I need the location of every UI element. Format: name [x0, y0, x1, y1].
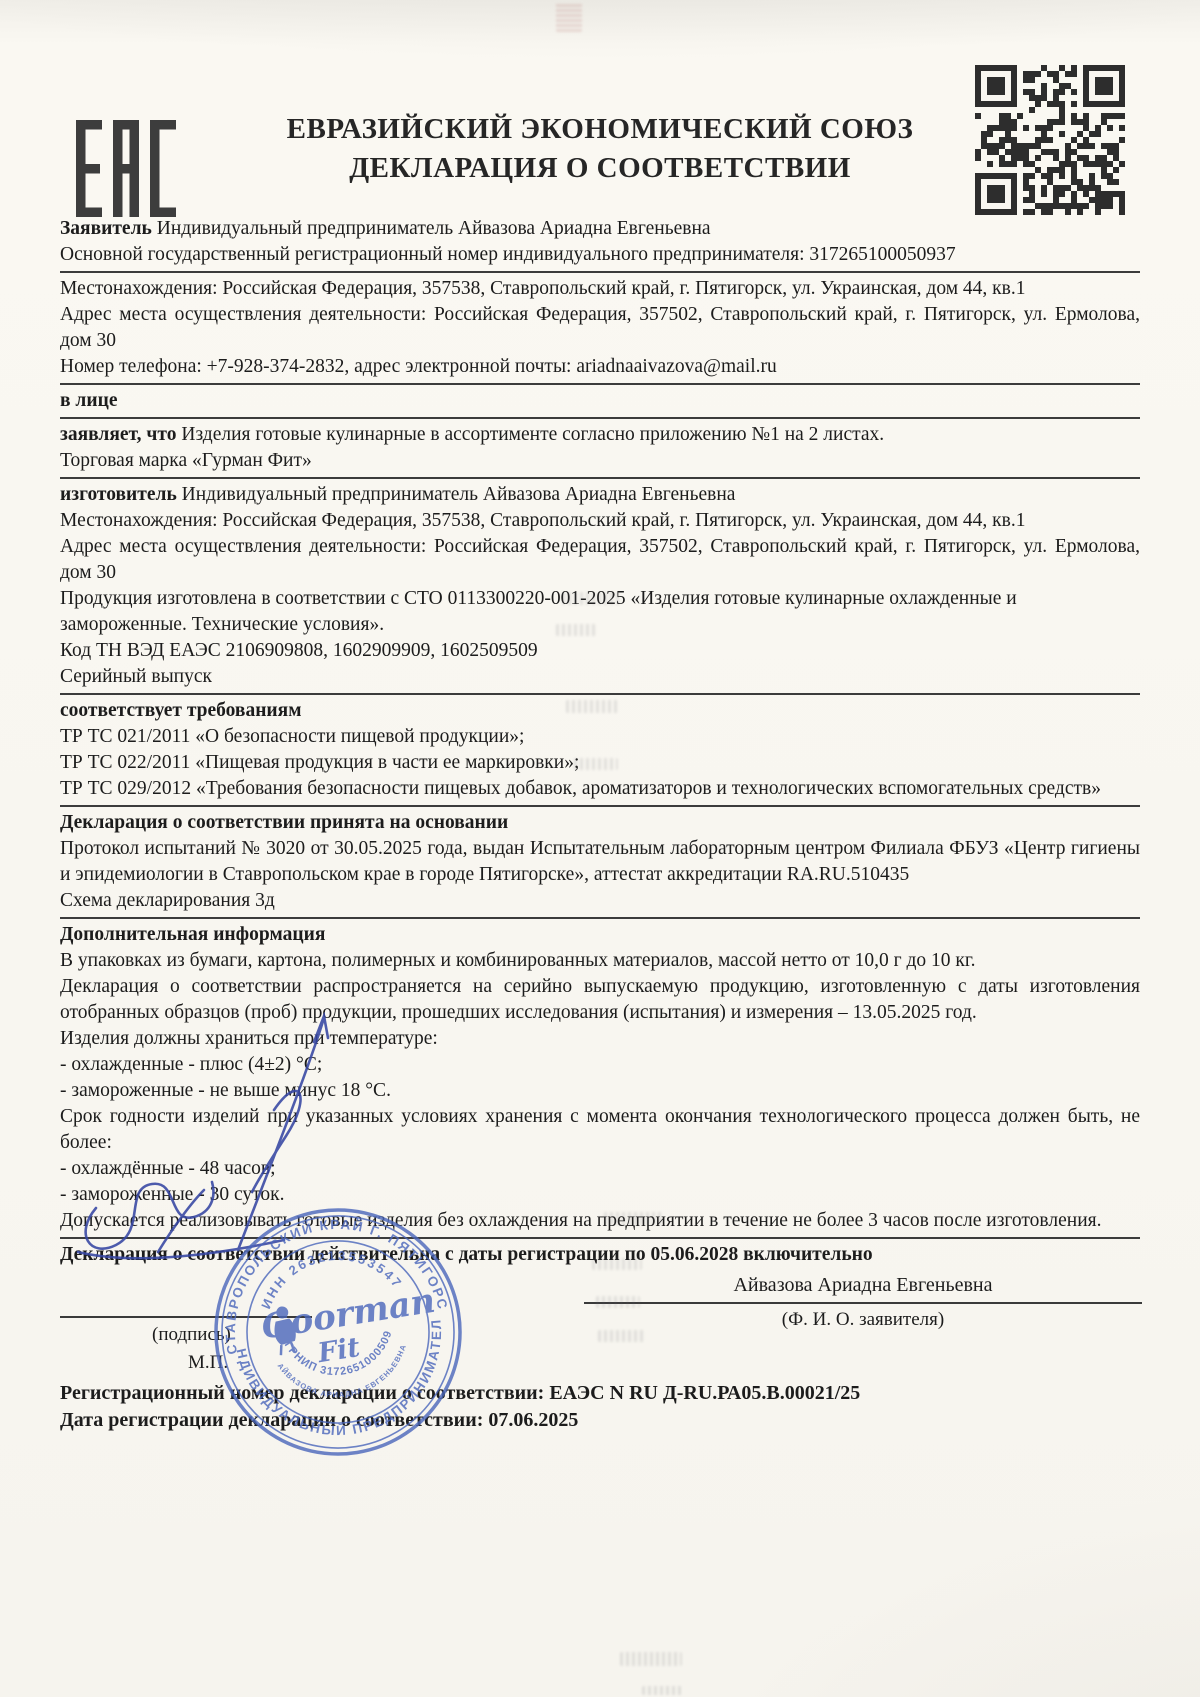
body-paragraph-1: Основной государственный регистрационный… — [60, 242, 1140, 273]
body-paragraph-13: Серийный выпуск — [60, 664, 1140, 695]
body-paragraph-24: Изделия должны храниться при температуре… — [60, 1026, 1140, 1052]
body-paragraph-15: ТР ТС 021/2011 «О безопасности пищевой п… — [60, 724, 1140, 750]
scan-artifact — [566, 700, 618, 713]
body-paragraph-22: В упаковках из бумаги, картона, полимерн… — [60, 948, 1140, 974]
signature-row: (подпись) М.П. Айвазова Ариадна Евгеньев… — [60, 1268, 1140, 1380]
body-paragraph-12: Код ТН ВЭД ЕАЭС 2106909808, 1602909909, … — [60, 638, 1140, 664]
body-paragraph-25: - охлажденные - плюс (4±2) °С; — [60, 1052, 1140, 1078]
body-paragraph-23: Декларация о соответствии распространяет… — [60, 974, 1140, 1026]
body-paragraph-7: Торговая марка «Гурман Фит» — [60, 448, 1140, 479]
body-paragraph-4: Номер телефона: +7-928-374-2832, адрес э… — [60, 354, 1140, 385]
registration-date-line: Дата регистрации декларации о соответств… — [60, 1407, 1140, 1434]
scan-artifact — [604, 1212, 662, 1225]
body-paragraph-29: - замороженные - 30 суток. — [60, 1182, 1140, 1208]
scan-artifact — [598, 1330, 646, 1342]
body-paragraph-27: Срок годности изделий при указанных усло… — [60, 1104, 1140, 1156]
scan-artifact — [642, 1686, 682, 1695]
scan-artifact — [592, 1258, 642, 1270]
registration-number-line: Регистрационный номер декларации о соотв… — [60, 1380, 1140, 1407]
title-line-1: ЕВРАЗИЙСКИЙ ЭКОНОМИЧЕСКИЙ СОЮЗ — [150, 110, 1050, 149]
body-paragraph-0: Заявитель Индивидуальный предприниматель… — [60, 216, 1140, 242]
body-paragraph-20: Схема декларирования 3д — [60, 888, 1140, 919]
scan-artifact — [562, 592, 620, 605]
signature-line — [60, 1316, 312, 1318]
body-paragraph-19: Протокол испытаний № 3020 от 30.05.2025 … — [60, 836, 1140, 888]
applicant-name-block: Айвазова Ариадна Евгеньевна (Ф. И. О. за… — [584, 1272, 1142, 1333]
body-paragraph-26: - замороженные - не выше минус 18 °С. — [60, 1078, 1140, 1104]
signature-caption: (подпись) — [152, 1322, 231, 1348]
body-paragraph-28: - охлаждённые - 48 часов; — [60, 1156, 1140, 1182]
scan-artifact — [574, 758, 618, 770]
body-paragraph-3: Адрес места осуществления деятельности: … — [60, 302, 1140, 354]
body-paragraph-21: Дополнительная информация — [60, 922, 1140, 948]
body-paragraph-8: изготовитель Индивидуальный предпринимат… — [60, 482, 1140, 508]
scan-artifact — [556, 2, 582, 32]
scan-artifact — [556, 624, 596, 636]
body-paragraph-10: Адрес места осуществления деятельности: … — [60, 534, 1140, 586]
body-paragraph-2: Местонахождения: Российская Федерация, 3… — [60, 276, 1140, 302]
scanned-declaration-page: ЕВРАЗИЙСКИЙ ЭКОНОМИЧЕСКИЙ СОЮЗ ДЕКЛАРАЦИ… — [0, 0, 1200, 1697]
body-paragraph-6: заявляет, что Изделия готовые кулинарные… — [60, 422, 1140, 448]
scan-artifact — [620, 1652, 682, 1666]
body-paragraph-9: Местонахождения: Российская Федерация, 3… — [60, 508, 1140, 534]
document-title: ЕВРАЗИЙСКИЙ ЭКОНОМИЧЕСКИЙ СОЮЗ ДЕКЛАРАЦИ… — [150, 110, 1050, 188]
applicant-name-caption: (Ф. И. О. заявителя) — [584, 1304, 1142, 1333]
scan-artifact — [596, 1296, 640, 1308]
stamp-place-label: М.П. — [188, 1350, 228, 1376]
body-paragraph-5: в лице — [60, 388, 1140, 419]
document-body: Заявитель Индивидуальный предприниматель… — [60, 216, 1140, 1434]
body-paragraph-17: ТР ТС 029/2012 «Требования безопасности … — [60, 776, 1140, 807]
body-paragraph-30: Допускается реализовывать готовые издели… — [60, 1208, 1140, 1239]
qr-code — [975, 64, 1125, 216]
applicant-name: Айвазова Ариадна Евгеньевна — [584, 1272, 1142, 1304]
body-paragraph-18: Декларация о соответствии принята на осн… — [60, 810, 1140, 836]
title-line-2: ДЕКЛАРАЦИЯ О СООТВЕТСТВИИ — [150, 149, 1050, 188]
